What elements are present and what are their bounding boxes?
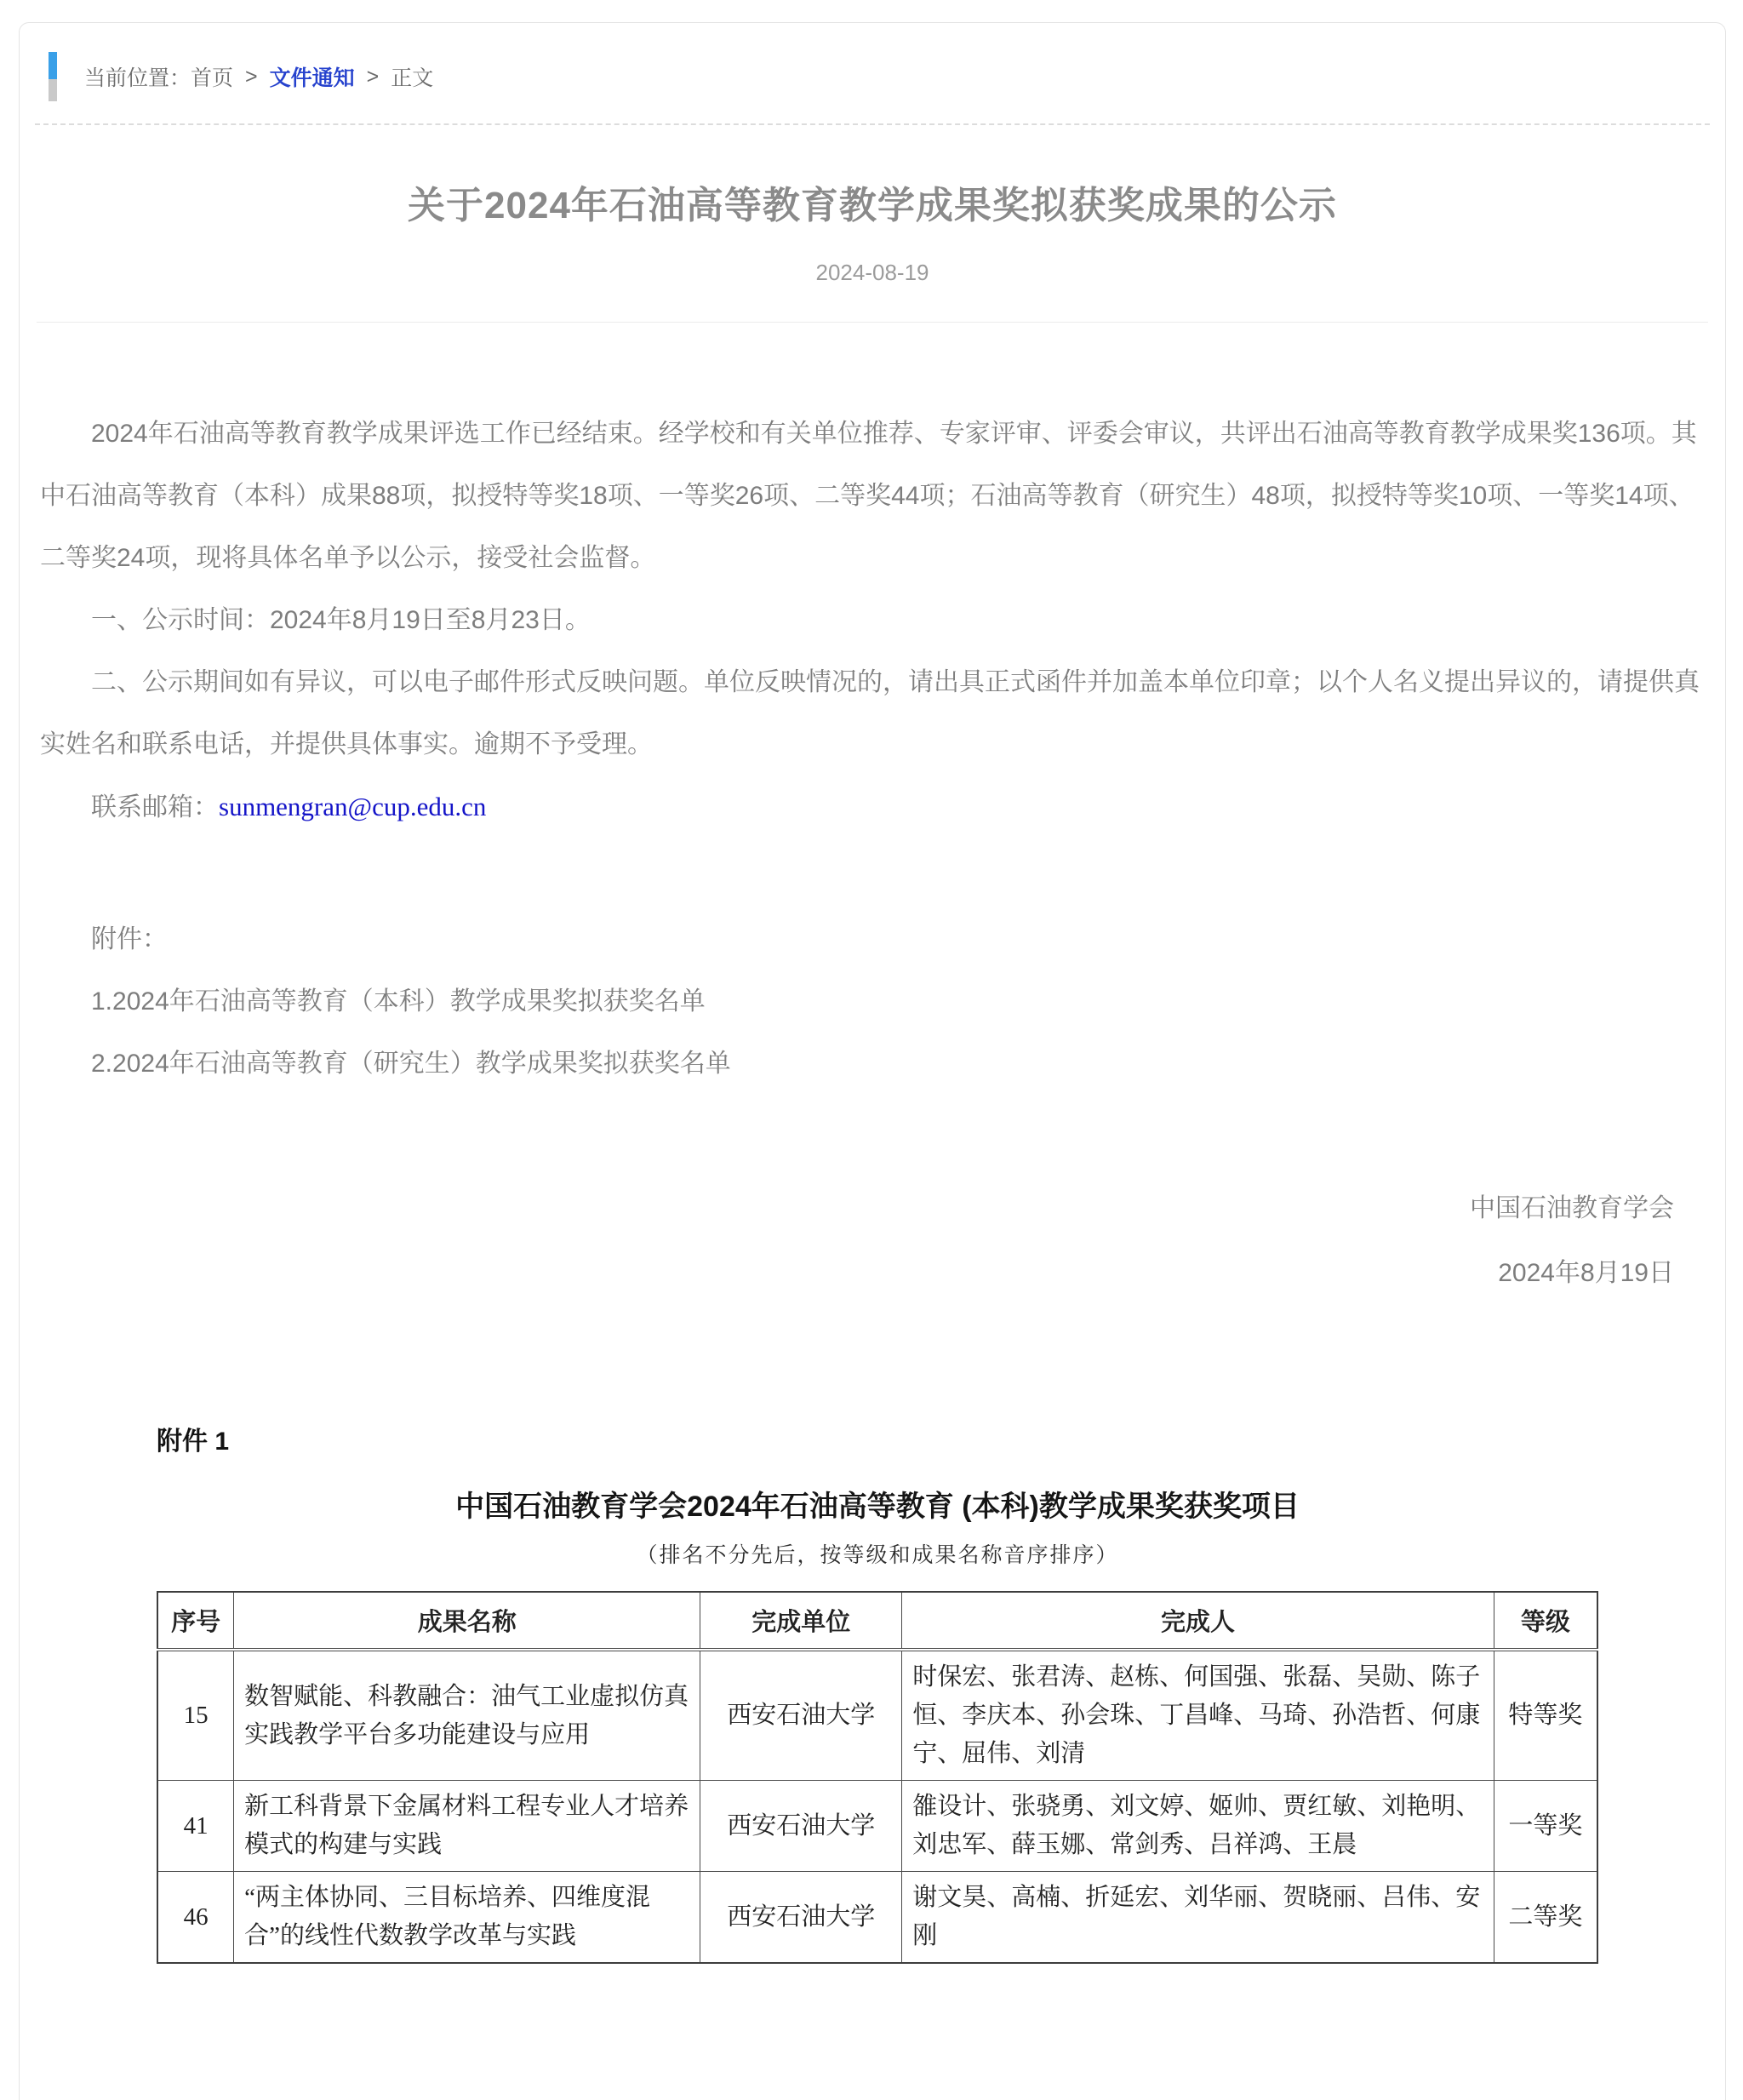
cell-people: 谢文昊、高楠、折延宏、刘华丽、贺晓丽、吕伟、安刚 <box>902 1872 1494 1964</box>
header-org: 完成单位 <box>700 1592 902 1650</box>
attachments-label: 附件： <box>40 908 1705 970</box>
cell-no: 15 <box>157 1650 234 1781</box>
content-card: 当前位置： 首页 > 文件通知 > 正文 关于2024年石油高等教育教学成果奖拟… <box>19 22 1726 2100</box>
breadcrumb-link-notices[interactable]: 文件通知 <box>270 61 355 92</box>
cell-grade: 一等奖 <box>1494 1781 1597 1872</box>
paragraph-intro: 2024年石油高等教育教学成果评选工作已经结束。经学校和有关单位推荐、专家评审、… <box>40 403 1705 589</box>
breadcrumb-divider <box>35 123 1710 125</box>
signature-org: 中国石油教育学会 <box>40 1176 1674 1241</box>
table-row: 15 数智赋能、科教融合：油气工业虚拟仿真实践教学平台多功能建设与应用 西安石油… <box>157 1650 1597 1781</box>
publish-date: 2024-08-19 <box>20 260 1725 286</box>
cell-no: 46 <box>157 1872 234 1964</box>
email-link[interactable]: sunmengran@cup.edu.cn <box>219 792 486 821</box>
breadcrumb-label: 当前位置： <box>84 61 191 92</box>
cell-grade: 特等奖 <box>1494 1650 1597 1781</box>
attachment-item-2: 2.2024年石油高等教育（研究生）教学成果奖拟获奖名单 <box>40 1033 1705 1095</box>
cell-org: 西安石油大学 <box>700 1650 902 1781</box>
signature-date: 2024年8月19日 <box>40 1241 1674 1306</box>
page-title: 关于2024年石油高等教育教学成果奖拟获奖成果的公示 <box>20 175 1725 229</box>
awards-table: 序号 成果名称 完成单位 完成人 等级 15 数智赋能、科教融合：油气工业虚拟仿… <box>157 1591 1598 1964</box>
breadcrumb: 当前位置： 首页 > 文件通知 > 正文 <box>49 52 1725 101</box>
paragraph-objection: 二、公示期间如有异议，可以电子邮件形式反映问题。单位反映情况的，请出具正式函件并… <box>40 651 1705 775</box>
breadcrumb-link-home[interactable]: 首页 <box>191 61 233 92</box>
cell-people: 雒设计、张骁勇、刘文婷、姬帅、贾红敏、刘艳明、刘忠军、薛玉娜、常剑秀、吕祥鸿、王… <box>902 1781 1494 1872</box>
breadcrumb-accent-bar <box>49 52 57 101</box>
attachment-preview: 附件 1 中国石油教育学会2024年石油高等教育 (本科)教学成果奖获奖项目 （… <box>157 1420 1598 1964</box>
breadcrumb-separator: > <box>367 65 380 89</box>
contact-label: 联系邮箱： <box>91 793 219 821</box>
header-people: 完成人 <box>902 1592 1494 1650</box>
breadcrumb-separator: > <box>245 65 258 89</box>
paragraph-time: 一、公示时间：2024年8月19日至8月23日。 <box>40 589 1705 651</box>
attachment1-label: 附件 1 <box>157 1420 1598 1457</box>
table-row: 41 新工科背景下金属材料工程专业人才培养模式的构建与实践 西安石油大学 雒设计… <box>157 1781 1597 1872</box>
cell-name: 新工科背景下金属材料工程专业人才培养模式的构建与实践 <box>234 1781 700 1872</box>
accent-bar-blue <box>49 52 57 79</box>
header-no: 序号 <box>157 1592 234 1650</box>
cell-org: 西安石油大学 <box>700 1872 902 1964</box>
header-name: 成果名称 <box>234 1592 700 1650</box>
awards-table-title: 中国石油教育学会2024年石油高等教育 (本科)教学成果奖获奖项目 <box>157 1483 1598 1525</box>
article-body: 2024年石油高等教育教学成果评选工作已经结束。经学校和有关单位推荐、专家评审、… <box>40 403 1705 1306</box>
header-grade: 等级 <box>1494 1592 1597 1650</box>
accent-bar-gray <box>49 79 57 101</box>
attachment-item-1: 1.2024年石油高等教育（本科）教学成果奖拟获奖名单 <box>40 970 1705 1033</box>
cell-org: 西安石油大学 <box>700 1781 902 1872</box>
breadcrumb-current: 正文 <box>391 61 433 92</box>
cell-grade: 二等奖 <box>1494 1872 1597 1964</box>
title-divider <box>37 322 1708 323</box>
cell-name: 数智赋能、科教融合：油气工业虚拟仿真实践教学平台多功能建设与应用 <box>234 1650 700 1781</box>
cell-no: 41 <box>157 1781 234 1872</box>
contact-line: 联系邮箱：sunmengran@cup.edu.cn <box>40 775 1705 838</box>
table-header-row: 序号 成果名称 完成单位 完成人 等级 <box>157 1592 1597 1650</box>
cell-people: 时保宏、张君涛、赵栋、何国强、张磊、吴勋、陈子恒、李庆本、孙会珠、丁昌峰、马琦、… <box>902 1650 1494 1781</box>
cell-name: “两主体协同、三目标培养、四维度混合”的线性代数教学改革与实践 <box>234 1872 700 1964</box>
table-row: 46 “两主体协同、三目标培养、四维度混合”的线性代数教学改革与实践 西安石油大… <box>157 1872 1597 1964</box>
awards-table-subtitle: （排名不分先后，按等级和成果名称音序排序） <box>157 1538 1598 1569</box>
signature: 中国石油教育学会 2024年8月19日 <box>40 1176 1705 1306</box>
